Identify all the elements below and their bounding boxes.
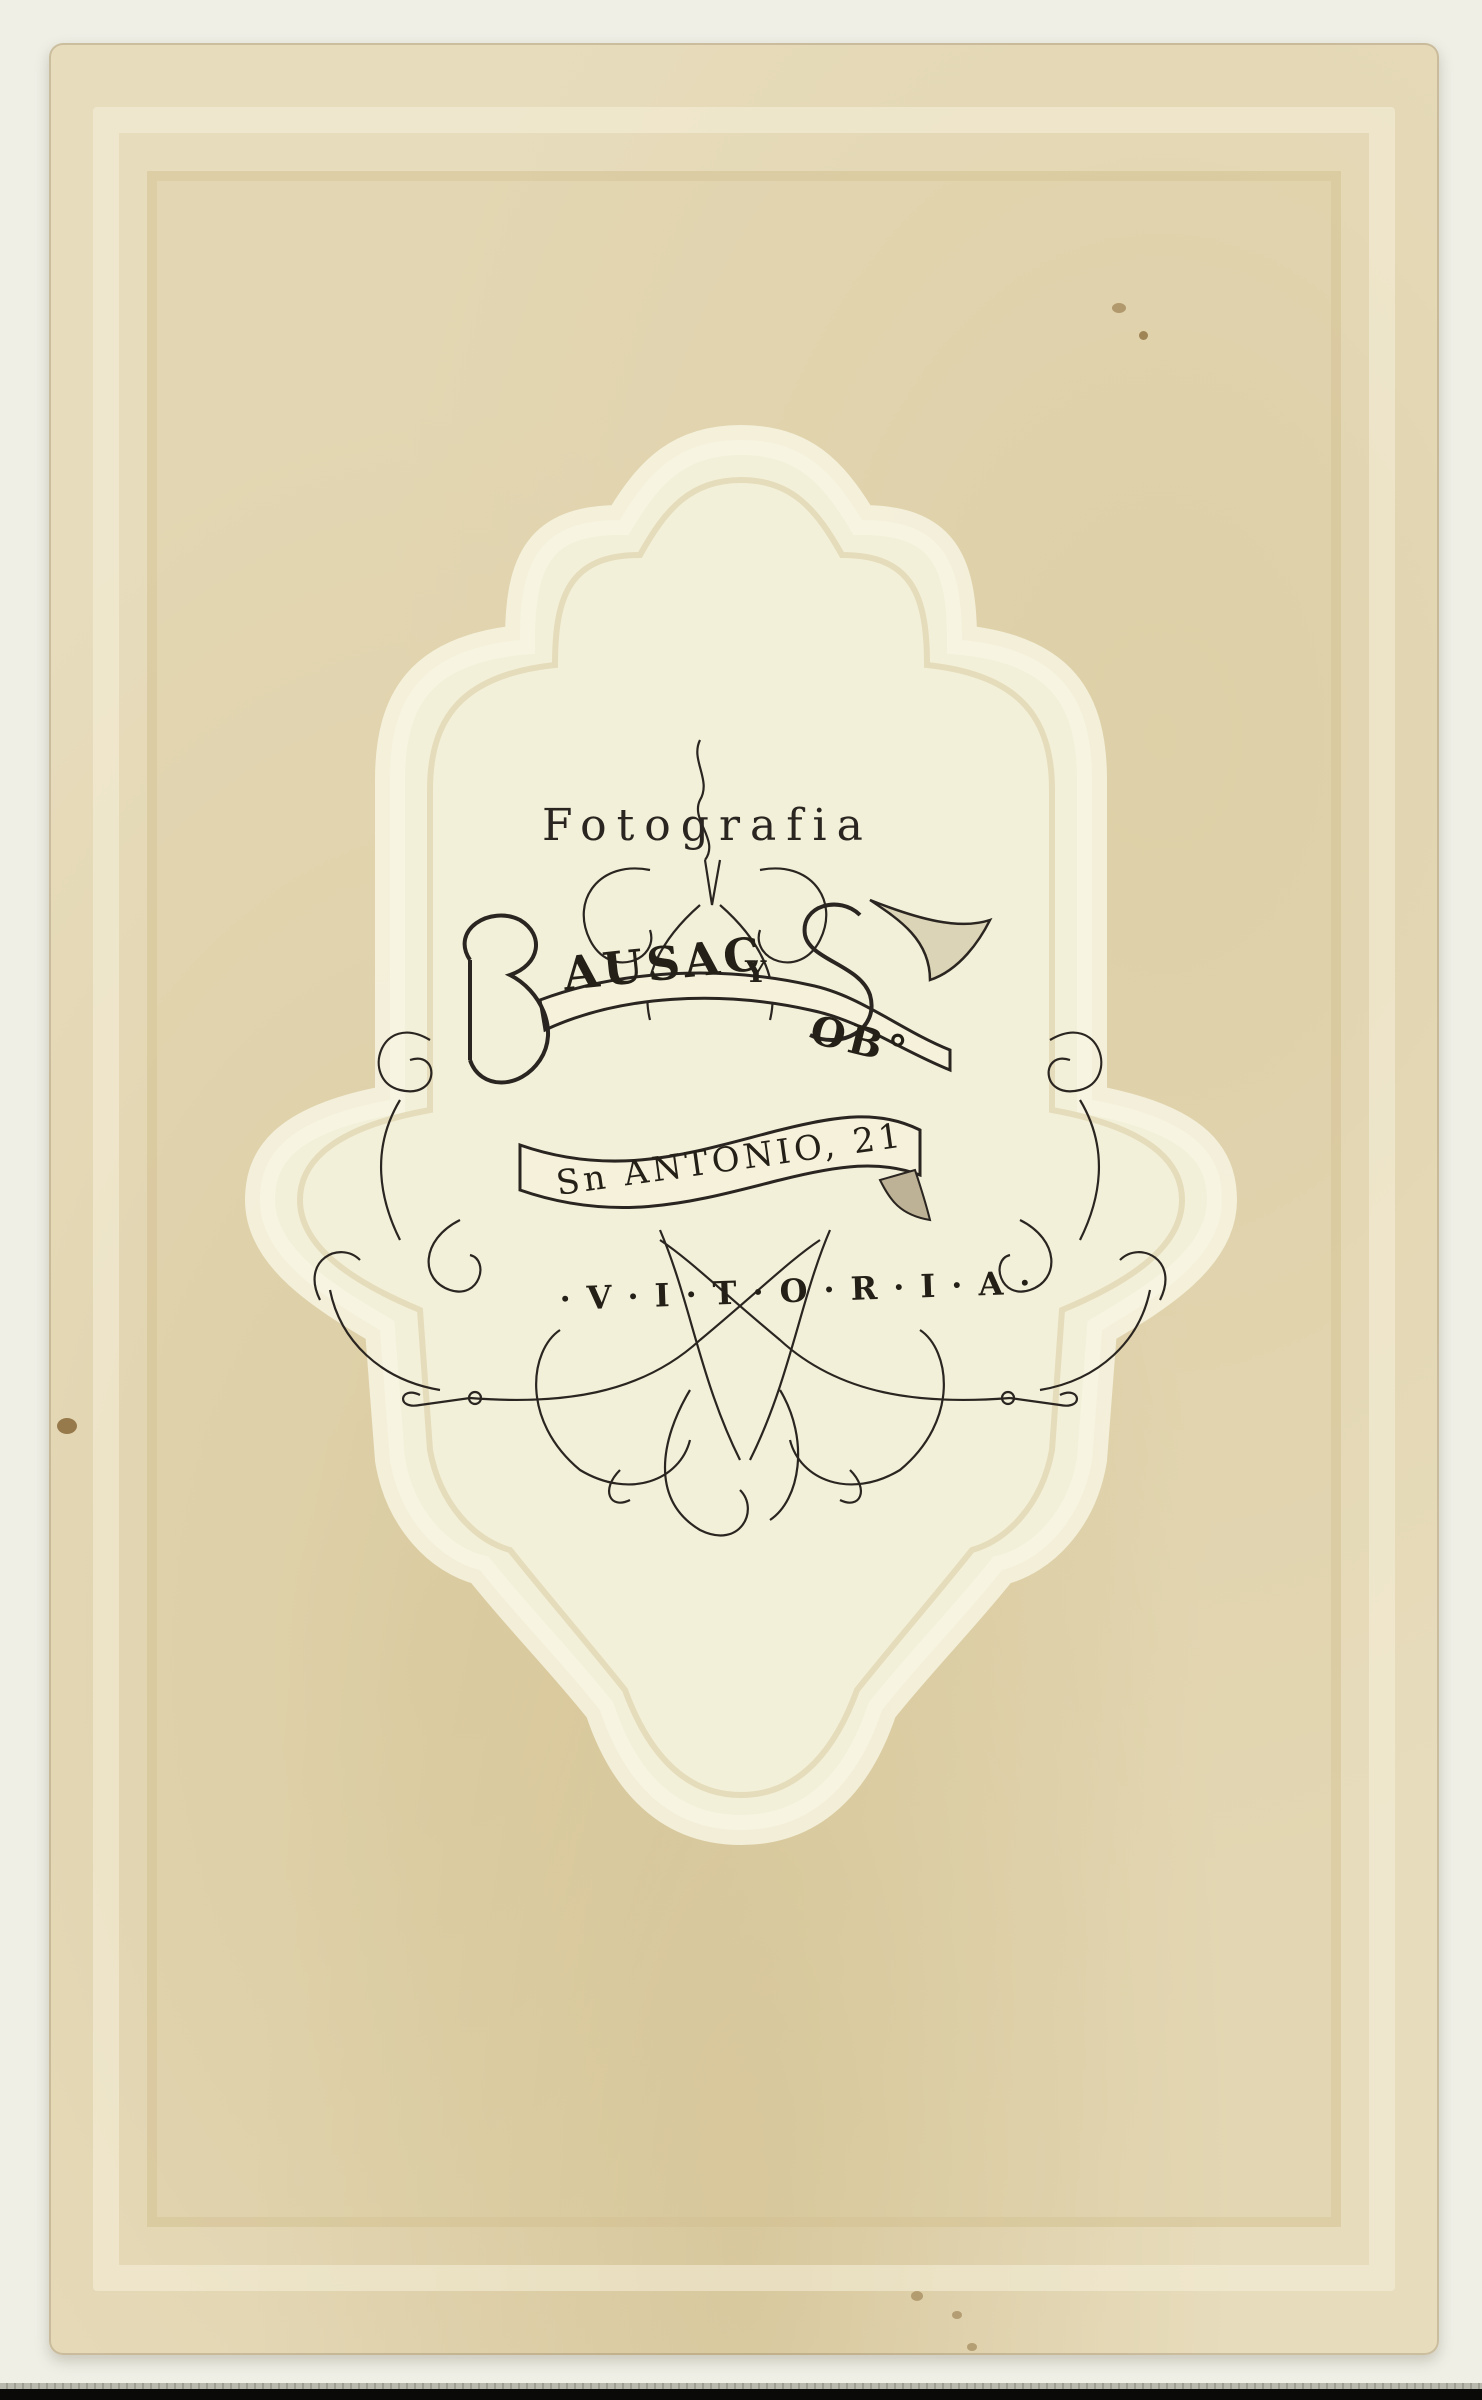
cartouche-medallion — [260, 440, 1222, 1830]
scan-border — [0, 2383, 1482, 2400]
conjunction-y: Y — [744, 955, 770, 990]
imprint-artwork: Fotografia AUSAC Y OB° Sn ANTONIO, 21 ·V… — [0, 0, 1482, 2400]
heading-fotografia: Fotografia — [542, 800, 873, 851]
